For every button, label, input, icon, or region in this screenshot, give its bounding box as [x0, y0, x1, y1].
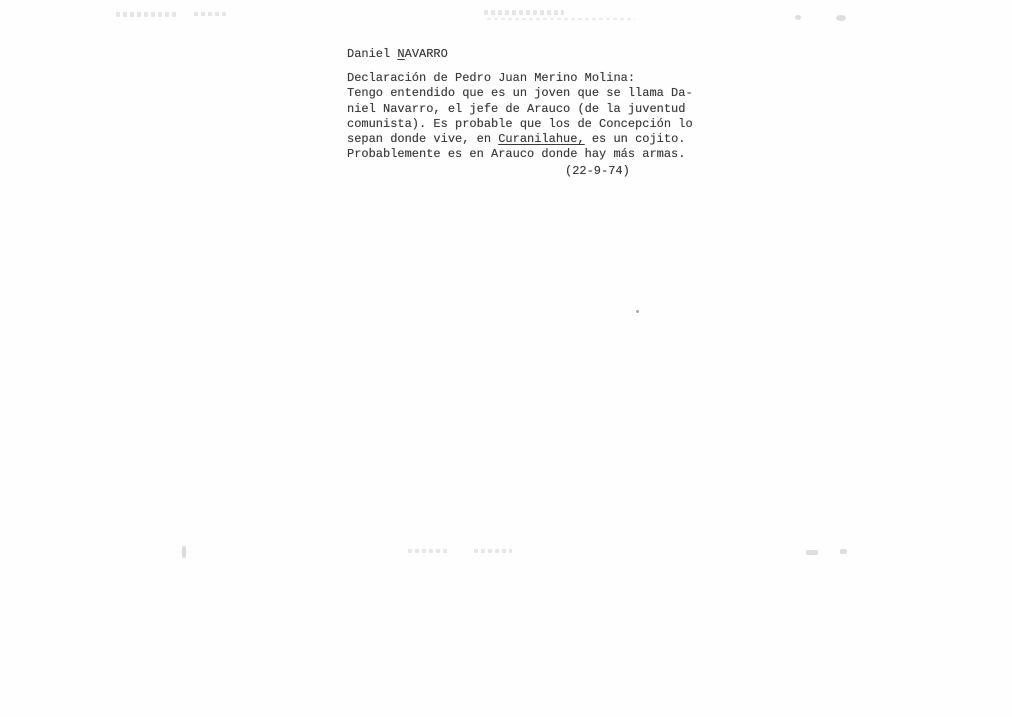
- scan-artifact-top-right-2: [836, 15, 846, 21]
- line5-underlined-place: Curanilahue,: [498, 132, 584, 146]
- scan-artifact-top-center-1: [484, 10, 564, 15]
- text-line-3: niel Navarro, el jefe de Arauco (de la j…: [347, 102, 693, 117]
- text-line-6: Probablemente es en Arauco donde hay más…: [347, 147, 693, 162]
- text-line-declaration: Declaración de Pedro Juan Merino Molina:: [347, 71, 693, 86]
- typewritten-text-block: Daniel NAVARRO Declaración de Pedro Juan…: [347, 47, 693, 180]
- scanned-document-page: Daniel NAVARRO Declaración de Pedro Juan…: [0, 0, 1012, 717]
- text-line-5: sepan donde vive, en Curanilahue, es un …: [347, 132, 693, 147]
- title-prefix: Daniel: [347, 47, 397, 61]
- scan-artifact-bottom-center-2: [474, 549, 512, 553]
- scan-artifact-bottom-right-2: [840, 549, 847, 554]
- title-underlined-letter: N: [397, 47, 404, 61]
- scan-artifact-top-left-1: [116, 12, 178, 17]
- scan-artifact-bottom-left: [182, 546, 186, 558]
- scan-fleck-middle: [636, 310, 639, 313]
- document-title: Daniel NAVARRO: [347, 47, 693, 62]
- title-rest: AVARRO: [405, 47, 448, 61]
- scan-artifact-top-center-2: [487, 18, 635, 20]
- scan-artifact-bottom-right-1: [806, 550, 818, 555]
- date-stamp: (22-9-74): [347, 164, 693, 179]
- text-line-4: comunista). Es probable que los de Conce…: [347, 117, 693, 132]
- scan-artifact-top-left-2: [194, 12, 228, 16]
- line5-pre: sepan donde vive, en: [347, 132, 498, 146]
- scan-artifact-bottom-center-1: [408, 549, 448, 553]
- line5-post: es un cojito.: [585, 132, 686, 146]
- scan-artifact-top-right-1: [795, 15, 801, 20]
- text-line-2: Tengo entendido que es un joven que se l…: [347, 86, 693, 101]
